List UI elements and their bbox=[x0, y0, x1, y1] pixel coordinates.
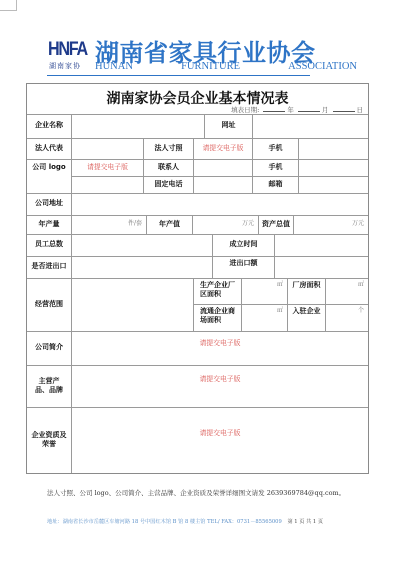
logo-en-word: ASSOCIATION bbox=[288, 61, 357, 72]
footer-address: 地址：湖南省长沙市岳麓区车塘河路 18 号中国红木馆 B 馆 8 楼主馆 TEL… bbox=[47, 519, 282, 525]
label-import-export: 是否进出口 bbox=[27, 256, 71, 278]
landline-field[interactable] bbox=[194, 176, 252, 193]
profile-field[interactable]: 请提交电子版 bbox=[72, 331, 368, 365]
label-company-name: 企业名称 bbox=[27, 114, 71, 138]
address-field[interactable] bbox=[72, 193, 368, 215]
year-label: 年 bbox=[287, 106, 294, 114]
label-contact: 联系人 bbox=[144, 159, 193, 176]
month-label: 月 bbox=[322, 106, 329, 114]
label-tenants: 入驻企业 bbox=[288, 304, 325, 331]
legal-photo-field[interactable]: 请提交电子版 bbox=[194, 138, 252, 159]
contact-field[interactable] bbox=[194, 159, 252, 176]
founded-field[interactable] bbox=[275, 234, 368, 256]
annual-value-field[interactable]: 万元 bbox=[193, 215, 258, 234]
association-logo: HNFA 湖南家协 湖南省家具行业协会 HUNAN FURNITURE ASSO… bbox=[47, 33, 312, 77]
label-ie-amount: 进出口额 bbox=[213, 256, 274, 278]
label-email: 邮箱 bbox=[253, 176, 298, 193]
corner-frame bbox=[0, 0, 17, 11]
label-website: 网址 bbox=[205, 114, 252, 138]
label-annual-output: 年产量 bbox=[27, 215, 71, 234]
label-products: 主营产品、品牌 bbox=[27, 365, 71, 407]
label-circ-area: 流通企业商场面积 bbox=[194, 304, 241, 331]
label-prod-area: 生产企业厂区面积 bbox=[194, 278, 241, 304]
submission-note: 法人寸照、公司 logo、公司简介、主营品牌、企业资质及荣誉详细图文请发 263… bbox=[47, 488, 345, 497]
legal-rep-field[interactable] bbox=[72, 138, 143, 159]
annual-output-field[interactable]: 件/套 bbox=[72, 215, 146, 234]
label-total-assets: 资产总值 bbox=[259, 215, 293, 234]
logo-en-word: FURNITURE bbox=[181, 61, 240, 72]
label-founded: 成立时间 bbox=[213, 234, 274, 256]
day-field[interactable] bbox=[333, 105, 355, 112]
business-scope-field[interactable] bbox=[72, 278, 193, 331]
label-annual-value: 年产值 bbox=[147, 215, 192, 234]
fill-date: 填表日期: 年 月 日 bbox=[231, 105, 363, 114]
prod-area-field[interactable]: ㎡ bbox=[242, 278, 287, 304]
year-field[interactable] bbox=[263, 105, 285, 112]
logo-en-word: HUNAN bbox=[95, 61, 133, 72]
label-profile: 公司简介 bbox=[27, 331, 71, 365]
fill-date-label: 填表日期: bbox=[231, 106, 259, 114]
mobile-1-field[interactable] bbox=[299, 138, 368, 159]
products-field[interactable]: 请提交电子版 bbox=[72, 365, 368, 407]
label-plant-area: 厂房面积 bbox=[288, 278, 325, 304]
label-landline: 固定电话 bbox=[144, 176, 193, 193]
label-business-scope: 经营范围 bbox=[27, 278, 71, 331]
hnfa-logo-mark: HNFA bbox=[48, 39, 87, 61]
company-name-field[interactable] bbox=[72, 114, 204, 138]
label-address: 公司地址 bbox=[27, 193, 71, 215]
website-field[interactable] bbox=[253, 114, 368, 138]
association-name-en: HUNAN FURNITURE ASSOCIATION bbox=[95, 61, 357, 72]
company-logo-field[interactable]: 请提交电子版 bbox=[72, 159, 143, 176]
email-field[interactable] bbox=[299, 176, 368, 193]
import-export-field[interactable] bbox=[72, 256, 212, 278]
label-legal-photo: 法人寸照 bbox=[144, 138, 193, 159]
page-footer: 地址：湖南省长沙市岳麓区车塘河路 18 号中国红木馆 B 馆 8 楼主馆 TEL… bbox=[47, 518, 323, 525]
label-mobile-2: 手机 bbox=[253, 159, 298, 176]
page-number: 第 1 页 共 1 页 bbox=[287, 519, 323, 525]
label-company-logo: 公司 logo bbox=[27, 159, 71, 176]
plant-area-field[interactable]: ㎡ bbox=[326, 278, 368, 304]
tenants-field[interactable]: 个 bbox=[326, 304, 368, 331]
label-honors: 企业资质及荣誉 bbox=[27, 407, 71, 473]
day-label: 日 bbox=[357, 106, 364, 114]
member-info-form: 湖南家协会员企业基本情况表 填表日期: 年 月 日 企业名称 网址 法人代表 bbox=[26, 83, 369, 474]
circ-area-field[interactable]: ㎡ bbox=[242, 304, 287, 331]
mobile-2-field[interactable] bbox=[299, 159, 368, 176]
employees-field[interactable] bbox=[72, 234, 212, 256]
honors-field[interactable]: 请提交电子版 bbox=[72, 407, 368, 473]
total-assets-field[interactable]: 万元 bbox=[294, 215, 368, 234]
month-field[interactable] bbox=[298, 105, 320, 112]
logo-mark-subtitle: 湖南家协 bbox=[49, 61, 81, 71]
label-employees: 员工总数 bbox=[27, 234, 71, 256]
ie-amount-field[interactable] bbox=[275, 256, 368, 278]
label-mobile-1: 手机 bbox=[253, 138, 298, 159]
logo-underline bbox=[47, 75, 310, 76]
label-legal-rep: 法人代表 bbox=[27, 138, 71, 159]
